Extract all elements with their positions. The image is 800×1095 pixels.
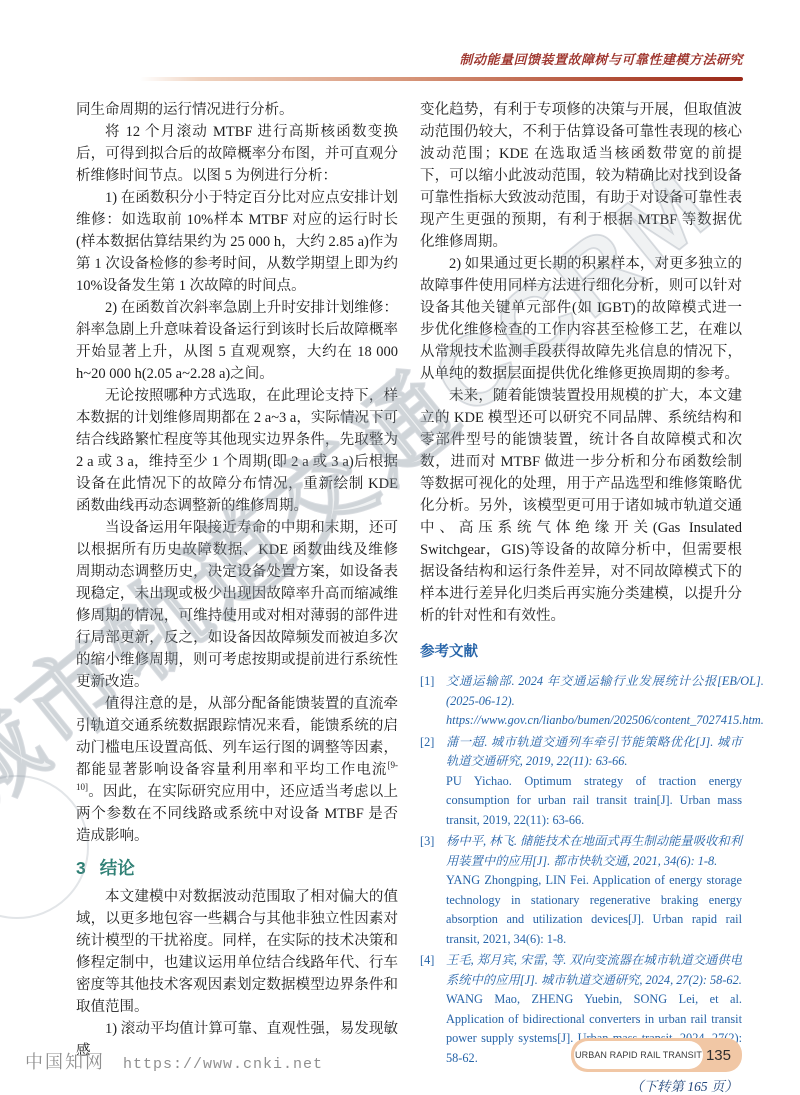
reference-item: [3] 杨中平, 林飞. 储能技术在地面式再生制动能量吸收和利用装置中的应用[J… [420,832,742,949]
reference-text-zh: 王毛, 郑月宾, 宋雷, 等. 双向变流器在城市轨道交通供电系统中的应用[J].… [446,951,742,990]
page-number: 135 [706,1038,731,1072]
paragraph-text: 。因此，在实际研究应用中，还应适当考虑以上两个参数在不同线路或系统中对设备 MT… [76,784,398,844]
paragraph: 2) 如果通过更长期的积累样本，对更多独立的故障事件使用同样方法进行细化分析，则… [420,253,742,385]
header-rule [140,77,743,81]
paragraph: 变化趋势，有利于专项修的决策与开展，但取值波动范围仍较大，不利于估算设备可靠性表… [420,99,742,253]
reference-text-en: PU Yichao. Optimum strategy of traction … [446,772,742,831]
paragraph: 当设备运用年限接近寿命的中期和末期，还可以根据所有历史故障数据、KDE 函数曲线… [76,517,398,693]
reference-number: [3] [420,832,446,949]
reference-text-zh: 蒲一超. 城市轨道交通列车牵引节能策略优化[J]. 城市轨道交通研究, 2019… [446,733,742,772]
site-url: https://www.cnki.net [123,1056,323,1073]
reference-body: 蒲一超. 城市轨道交通列车牵引节能策略优化[J]. 城市轨道交通研究, 2019… [446,733,742,831]
reference-number: [1] [420,672,446,731]
footer-site-watermark: 中国知网https://www.cnki.net [25,1048,323,1074]
references-heading: 参考文献 [420,641,742,663]
reference-number: [4] [420,951,446,1068]
paragraph: 未来，随着能馈装置投用规模的扩大，本文建立的 KDE 模型还可以研究不同品牌、系… [420,385,742,627]
paragraph: 将 12 个月滚动 MTBF 进行高斯核函数变换后，可得到拟合后的故障概率分布图… [76,121,398,187]
reference-item: [2] 蒲一超. 城市轨道交通列车牵引节能策略优化[J]. 城市轨道交通研究, … [420,733,742,831]
site-name: 中国知网 [25,1052,105,1072]
journal-label: URBAN RAPID RAIL TRANSIT [574,1041,703,1069]
continuation-note: （下转第 165 页） [420,1076,742,1095]
paragraph: 1) 在函数积分小于特定百分比对应点安排计划维修：如选取前 10%样本 MTBF… [76,187,398,297]
reference-number: [2] [420,733,446,831]
reference-item: [1] 交通运输部. 2024 年交通运输行业发展统计公报[EB/OL]. (2… [420,672,742,731]
paragraph: 值得注意的是，从部分配备能馈装置的直流牵引轨道交通系统数据跟踪情况来看，能馈系统… [76,693,398,847]
paragraph: 2) 在函数首次斜率急剧上升时安排计划维修：斜率急剧上升意味着设备运行到该时长后… [76,297,398,385]
paragraph-text: 值得注意的是，从部分配备能馈装置的直流牵引轨道交通系统数据跟踪情况来看，能馈系统… [76,696,398,778]
section-title: 结论 [100,858,135,878]
section-number: 3 [76,858,86,878]
reference-body: 交通运输部. 2024 年交通运输行业发展统计公报[EB/OL]. (2025-… [446,672,764,731]
paper-page: 制动能量回馈装置故障树与可靠性建模方法研究 城市轨道交通CCRM 同生命周期的运… [0,0,800,1095]
paragraph: 同生命周期的运行情况进行分析。 [76,99,398,121]
running-head-title: 制动能量回馈装置故障树与可靠性建模方法研究 [459,49,743,68]
section-heading-conclusion: 3结论 [76,857,398,879]
right-column: 变化趋势，有利于专项修的决策与开展，但取值波动范围仍较大，不利于估算设备可靠性表… [420,99,742,1095]
reference-text-zh: 交通运输部. 2024 年交通运输行业发展统计公报[EB/OL]. (2025-… [446,672,764,731]
left-column: 同生命周期的运行情况进行分析。 将 12 个月滚动 MTBF 进行高斯核函数变换… [76,99,398,1062]
journal-page-badge: URBAN RAPID RAIL TRANSIT 135 [571,1038,742,1072]
paragraph: 无论按照哪种方式选取，在此理论支持下，样本数据的计划维修周期都在 2 a~3 a… [76,385,398,517]
reference-text-en: YANG Zhongping, LIN Fei. Application of … [446,871,742,949]
reference-text-zh: 杨中平, 林飞. 储能技术在地面式再生制动能量吸收和利用装置中的应用[J]. 都… [446,832,742,871]
paragraph: 本文建模中对数据波动范围取了相对偏大的值域，以更多地包容一些耦合与其他非独立性因… [76,886,398,1018]
reference-body: 杨中平, 林飞. 储能技术在地面式再生制动能量吸收和利用装置中的应用[J]. 都… [446,832,742,949]
